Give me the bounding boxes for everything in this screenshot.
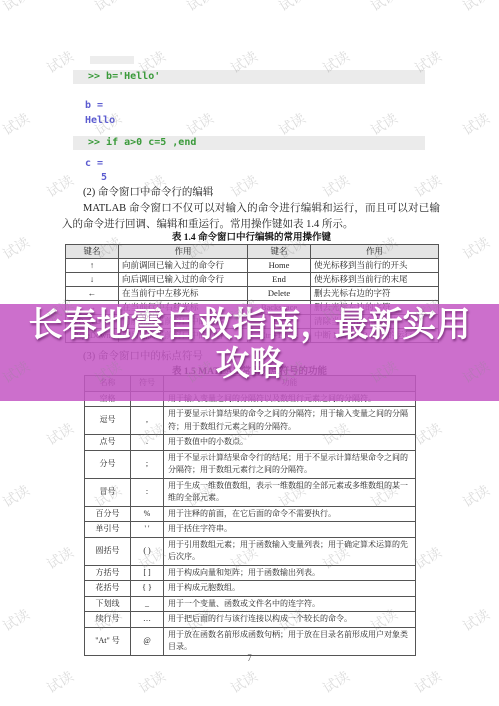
table-row: 逗号 , 用于要显示计算结果的命令之间的分隔符；用于输入变量之间的分隔符；用于数… — [85, 407, 416, 435]
cell: … — [131, 612, 164, 628]
watermark-text: 试读 — [411, 666, 445, 698]
table-row: 花括号 { } 用于构成元胞数组。 — [85, 581, 416, 597]
column-header: 作用 — [311, 245, 439, 259]
watermark-text: 试读 — [43, 542, 77, 574]
cell: 使光标移到当前行的开头 — [311, 259, 439, 273]
column-header: 键名 — [66, 245, 119, 259]
table-row: 圆括号 ( ) 用于引用数组元素；用于函数输入变量列表；用于确定算术运算的先后次… — [85, 537, 416, 565]
overlay-ad-banner[interactable]: 长春地震自救指南，最新实用 攻略 — [0, 304, 499, 401]
table-row: 单引号 ' ' 用于括住字符串。 — [85, 522, 416, 538]
cell: [ ] — [131, 565, 164, 581]
cell: 单引号 — [85, 522, 131, 538]
cell: . — [131, 435, 164, 451]
cell: 删去光标右边的字符 — [311, 287, 439, 301]
watermark-text: 试读 — [0, 0, 33, 16]
table-row: 点号 . 用于数值中的小数点。 — [85, 435, 416, 451]
cell: 用于引用数组元素；用于函数输入变量列表；用于确定算术运算的先后次序。 — [164, 537, 416, 565]
table-row: ↑ 向前调回已输入过的命令行 Home 使光标移到当前行的开头 — [66, 259, 439, 273]
cell: ( ) — [131, 537, 164, 565]
cell: ← — [66, 287, 119, 301]
cell: 续行号 — [85, 612, 131, 628]
watermark-text: 试读 — [227, 666, 261, 698]
watermark-text: 试读 — [459, 108, 493, 140]
banner-title-line-2: 攻略 — [0, 345, 499, 383]
previous-code-bar-fragment — [90, 56, 134, 64]
cell: ↑ — [66, 259, 119, 273]
cell: 用于构成向量和矩阵；用于函数输出列表。 — [164, 565, 416, 581]
watermark-text: 试读 — [319, 666, 353, 698]
cell: 在当前行中左移光标 — [119, 287, 248, 301]
cell: _ — [131, 596, 164, 612]
table-row: ← 在当前行中左移光标 Delete 删去光标右边的字符 — [66, 287, 439, 301]
table-1-4-header-row: 键名 作用 键名 作用 — [66, 245, 439, 259]
table-row: 续行号 … 用于把后面的行与该行连接以构成一个较长的命令。 — [85, 612, 416, 628]
table-1-5: 名称 符号 功能 空格 用于输入变量之间的分隔符以及数组行元素之间的分隔符。 逗… — [84, 375, 416, 656]
watermark-text: 试读 — [459, 480, 493, 512]
watermark-text: 试读 — [183, 0, 217, 16]
cell: 用于放在函数名前形成函数句柄；用于放在目录名前形成用户对象类目录。 — [164, 627, 416, 655]
watermark-text: 试读 — [0, 232, 33, 264]
cell: 用于一个变量、函数或文件名中的连字符。 — [164, 596, 416, 612]
code-input-line-2: >> if a>0 c=5 ,end — [73, 136, 425, 150]
cell: 向后调回已输入过的命令行 — [119, 273, 248, 287]
cell: ' ' — [131, 522, 164, 538]
cell: ; — [131, 450, 164, 478]
watermark-text: 试读 — [43, 666, 77, 698]
cell: 用于生成一维数值数组，表示一维数组的全部元素或多维数组的某一维的全部元素。 — [164, 478, 416, 506]
table-row: 百分号 % 用于注释的前面，在它后面的命令不需要执行。 — [85, 506, 416, 522]
cell: 用于数值中的小数点。 — [164, 435, 416, 451]
code-output-line: Hello — [85, 114, 115, 127]
table-row: 方括号 [ ] 用于构成向量和矩阵；用于函数输出列表。 — [85, 565, 416, 581]
watermark-text: 试读 — [43, 418, 77, 450]
cell: 使光标移到当前行的末尾 — [311, 273, 439, 287]
code-output-line: b = — [85, 99, 103, 112]
cell: 方括号 — [85, 565, 131, 581]
code-output-line: 5 — [101, 171, 107, 184]
watermark-text: 试读 — [459, 0, 493, 16]
watermark-text: 试读 — [43, 170, 77, 202]
watermark-text: 试读 — [275, 0, 309, 16]
section-2-heading: (2) 命令窗口中命令行的编辑 — [83, 186, 213, 200]
watermark-text: 试读 — [0, 108, 33, 140]
cell: 用于注释的前面，在它后面的命令不需要执行。 — [164, 506, 416, 522]
cell: 向前调回已输入过的命令行 — [119, 259, 248, 273]
cell: 用于要显示计算结果的命令之间的分隔符；用于输入变量之间的分隔符；用于数组行元素之… — [164, 407, 416, 435]
cell: 用于不显示计算结果命令行的结尾；用于不显示计算结果命令之间的分隔符；用于数组元素… — [164, 450, 416, 478]
table-row: 冒号 : 用于生成一维数值数组，表示一维数组的全部元素或多维数组的某一维的全部元… — [85, 478, 416, 506]
watermark-text: 试读 — [135, 666, 169, 698]
cell: , — [131, 407, 164, 435]
cell: 分号 — [85, 450, 131, 478]
watermark-text: 试读 — [0, 604, 33, 636]
cell: ↓ — [66, 273, 119, 287]
watermark-text: 试读 — [367, 0, 401, 16]
watermark-text: 试读 — [91, 0, 125, 16]
code-output-line: c = — [85, 157, 103, 170]
cell: 花括号 — [85, 581, 131, 597]
cell: @ — [131, 627, 164, 655]
watermark-text: 试读 — [411, 170, 445, 202]
cell: 用于把后面的行与该行连接以构成一个较长的命令。 — [164, 612, 416, 628]
banner-title-line-1: 长春地震自救指南，最新实用 — [0, 305, 499, 345]
cell: 冒号 — [85, 478, 131, 506]
section-2-paragraph: MATLAB 命令窗口不仅可以对输入的命令进行编辑和运行，而且可以对已输入的命令… — [62, 201, 440, 232]
cell: 点号 — [85, 435, 131, 451]
cell: End — [248, 273, 311, 287]
cell: 用于构成元胞数组。 — [164, 581, 416, 597]
cell: Home — [248, 259, 311, 273]
table-1-4-title: 表 1.4 命令窗口中行编辑的常用操作键 — [65, 232, 438, 244]
code-input-line-1: >> b='Hello' — [73, 70, 425, 84]
cell: 百分号 — [85, 506, 131, 522]
column-header: 作用 — [119, 245, 248, 259]
table-row: 下划线 _ 用于一个变量、函数或文件名中的连字符。 — [85, 596, 416, 612]
page-number: 7 — [0, 652, 499, 664]
cell: Delete — [248, 287, 311, 301]
watermark-text: 试读 — [459, 604, 493, 636]
table-row: "At" 号 @ 用于放在函数名前形成函数句柄；用于放在目录名前形成用户对象类目… — [85, 627, 416, 655]
watermark-text: 试读 — [459, 232, 493, 264]
watermark-text: 试读 — [0, 480, 33, 512]
cell: "At" 号 — [85, 627, 131, 655]
table-row: 分号 ; 用于不显示计算结果命令行的结尾；用于不显示计算结果命令之间的分隔符；用… — [85, 450, 416, 478]
cell: 圆括号 — [85, 537, 131, 565]
cell: : — [131, 478, 164, 506]
cell: % — [131, 506, 164, 522]
column-header: 键名 — [248, 245, 311, 259]
cell: 下划线 — [85, 596, 131, 612]
cell: 用于括住字符串。 — [164, 522, 416, 538]
cell: 逗号 — [85, 407, 131, 435]
table-row: ↓ 向后调回已输入过的命令行 End 使光标移到当前行的末尾 — [66, 273, 439, 287]
watermark-text: 试读 — [227, 170, 261, 202]
cell: { } — [131, 581, 164, 597]
watermark-text: 试读 — [319, 170, 353, 202]
